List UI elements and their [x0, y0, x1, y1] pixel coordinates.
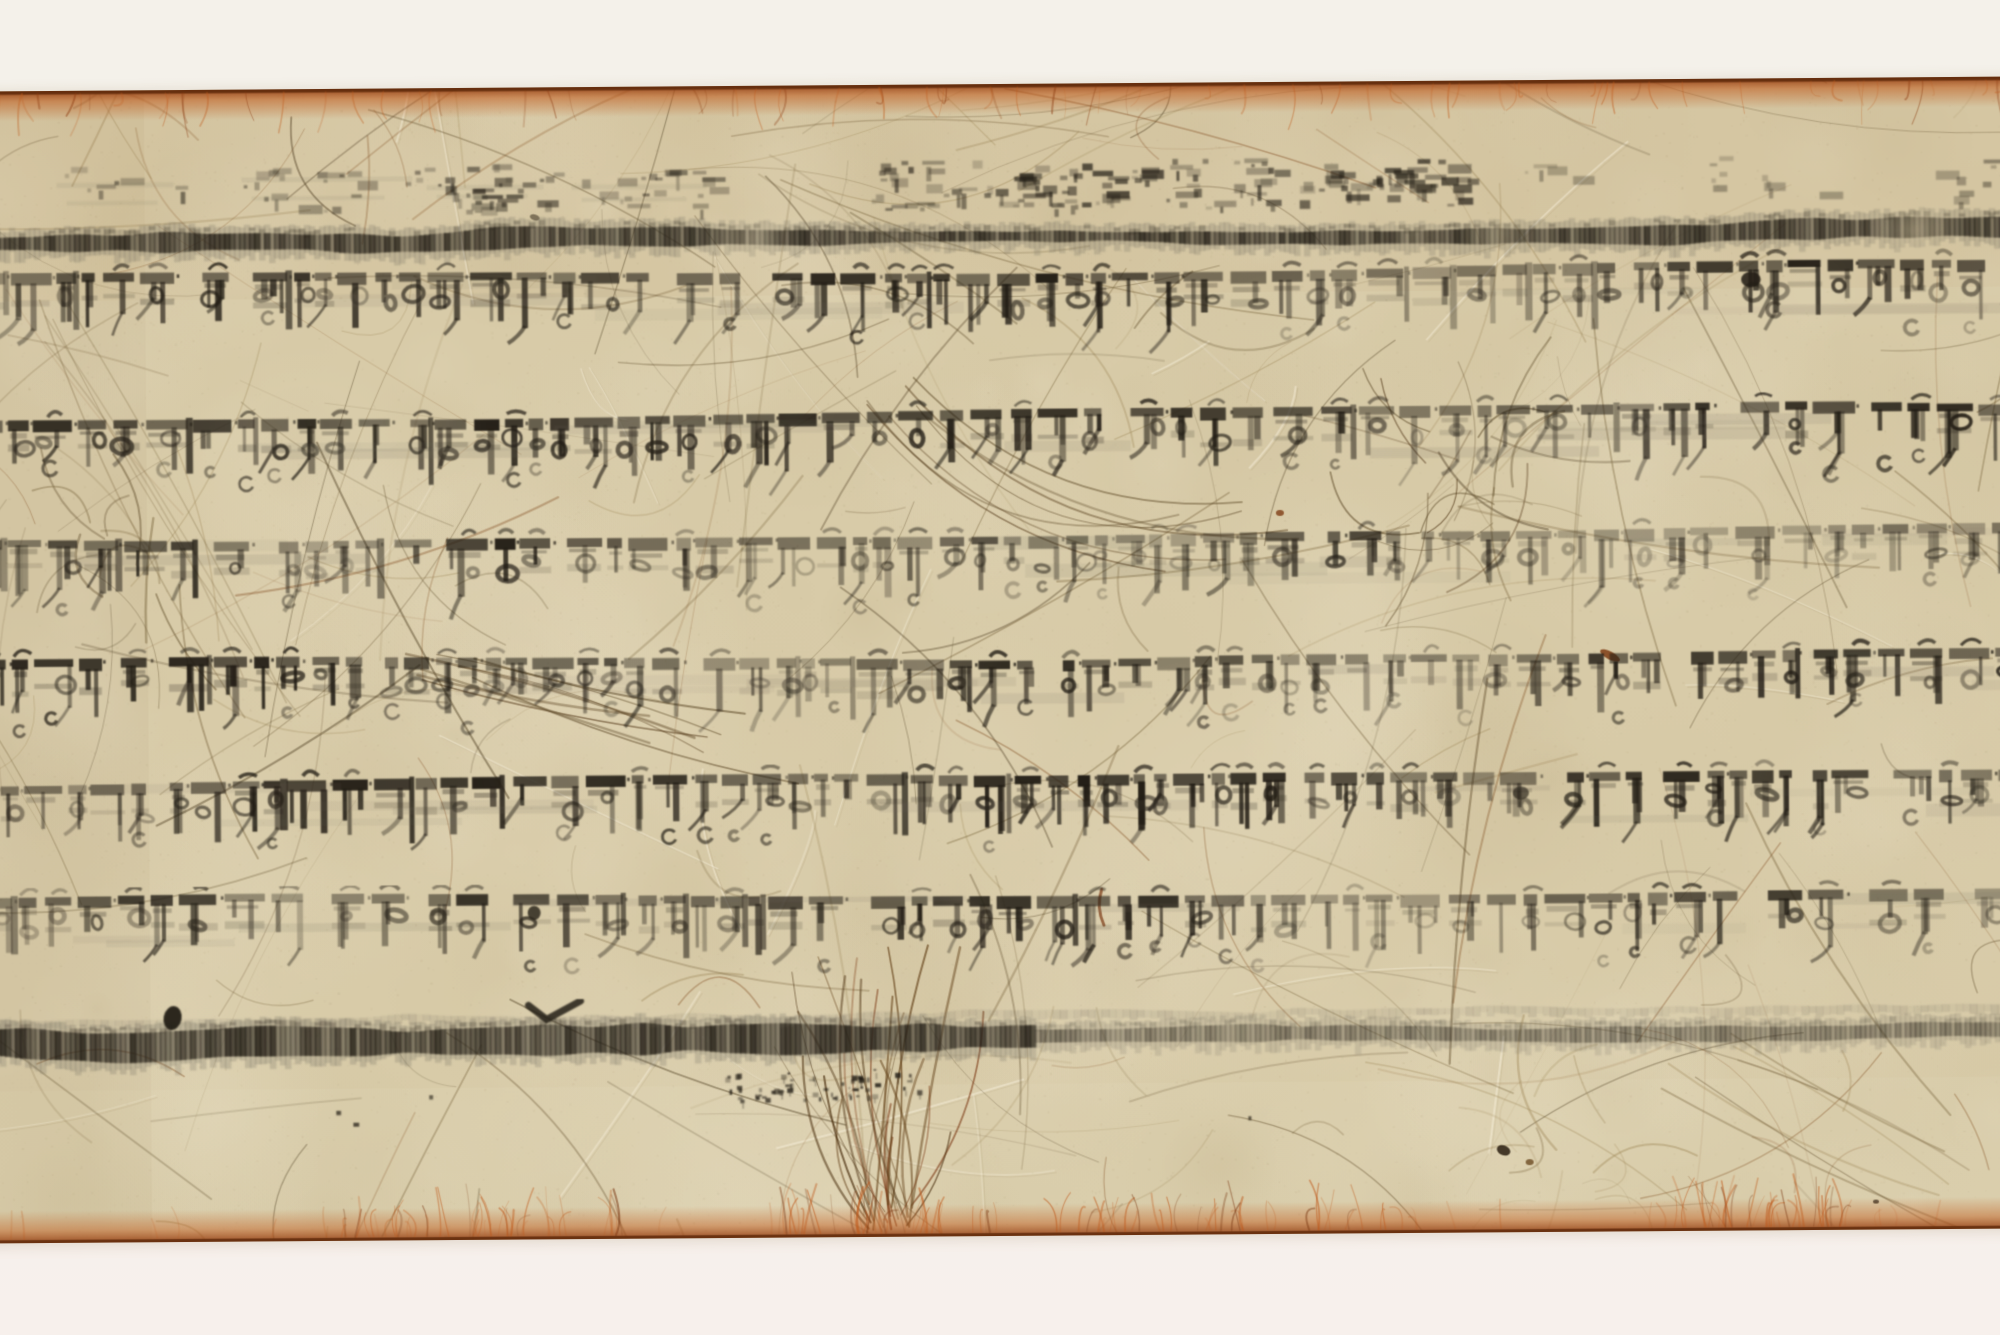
- script-line-1: [0, 248, 2000, 381]
- script-line-2: [0, 391, 2000, 524]
- manuscript-leaf: [0, 77, 2000, 1244]
- bottom-frame-rule: [0, 988, 2000, 1173]
- script-line-4: [0, 634, 2000, 767]
- manuscript-photograph: Photograph of a long horizontal leaf fro…: [0, 0, 2000, 1335]
- script-line-5: [0, 756, 2000, 889]
- script-line-3: [0, 513, 2000, 646]
- script-line-6: [0, 874, 2000, 1007]
